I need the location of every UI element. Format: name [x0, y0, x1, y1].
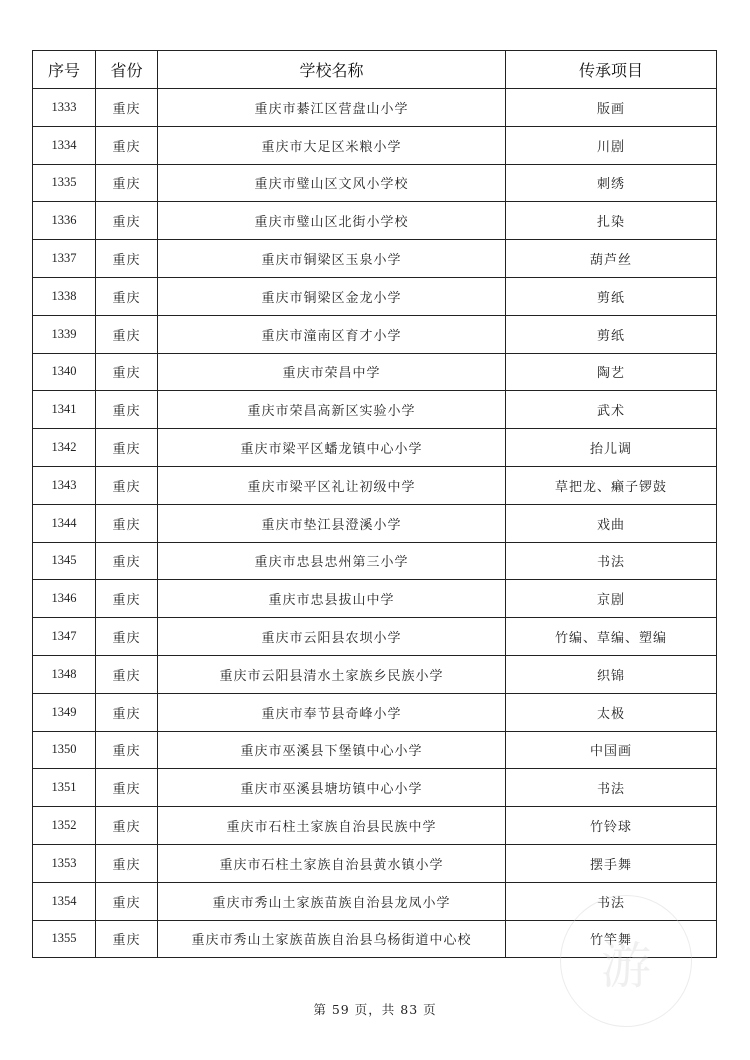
cell-heritage-project: 竹编、草编、塑编 — [506, 618, 717, 656]
cell-school-name: 重庆市荣昌高新区实验小学 — [158, 391, 506, 429]
cell-province: 重庆 — [96, 542, 158, 580]
table-row: 1343重庆重庆市梁平区礼让初级中学草把龙、癞子锣鼓 — [33, 466, 717, 504]
cell-school-name: 重庆市石柱土家族自治县民族中学 — [158, 807, 506, 845]
table-row: 1341重庆重庆市荣昌高新区实验小学武术 — [33, 391, 717, 429]
cell-province: 重庆 — [96, 391, 158, 429]
cell-heritage-project: 陶艺 — [506, 353, 717, 391]
cell-number: 1355 — [33, 920, 96, 958]
cell-province: 重庆 — [96, 882, 158, 920]
cell-heritage-project: 扎染 — [506, 202, 717, 240]
cell-number: 1341 — [33, 391, 96, 429]
table-row: 1348重庆重庆市云阳县清水土家族乡民族小学织锦 — [33, 655, 717, 693]
table-body: 1333重庆重庆市綦江区营盘山小学版画1334重庆重庆市大足区米粮小学川剧133… — [33, 89, 717, 958]
cell-heritage-project: 书法 — [506, 769, 717, 807]
table-row: 1355重庆重庆市秀山土家族苗族自治县乌杨街道中心校竹竿舞 — [33, 920, 717, 958]
cell-heritage-project: 剪纸 — [506, 315, 717, 353]
cell-number: 1348 — [33, 655, 96, 693]
cell-school-name: 重庆市巫溪县塘坊镇中心小学 — [158, 769, 506, 807]
cell-province: 重庆 — [96, 504, 158, 542]
cell-heritage-project: 织锦 — [506, 655, 717, 693]
cell-heritage-project: 川剧 — [506, 126, 717, 164]
table-row: 1344重庆重庆市垫江县澄溪小学戏曲 — [33, 504, 717, 542]
cell-school-name: 重庆市梁平区蟠龙镇中心小学 — [158, 429, 506, 467]
cell-number: 1351 — [33, 769, 96, 807]
cell-number: 1354 — [33, 882, 96, 920]
cell-province: 重庆 — [96, 240, 158, 278]
cell-school-name: 重庆市铜梁区玉泉小学 — [158, 240, 506, 278]
cell-school-name: 重庆市秀山土家族苗族自治县龙凤小学 — [158, 882, 506, 920]
cell-province: 重庆 — [96, 693, 158, 731]
table-row: 1345重庆重庆市忠县忠州第三小学书法 — [33, 542, 717, 580]
table-row: 1351重庆重庆市巫溪县塘坊镇中心小学书法 — [33, 769, 717, 807]
table-row: 1334重庆重庆市大足区米粮小学川剧 — [33, 126, 717, 164]
cell-heritage-project: 草把龙、癞子锣鼓 — [506, 466, 717, 504]
cell-province: 重庆 — [96, 126, 158, 164]
table-row: 1349重庆重庆市奉节县奇峰小学太极 — [33, 693, 717, 731]
cell-school-name: 重庆市云阳县清水土家族乡民族小学 — [158, 655, 506, 693]
cell-heritage-project: 书法 — [506, 542, 717, 580]
cell-heritage-project: 刺绣 — [506, 164, 717, 202]
cell-province: 重庆 — [96, 315, 158, 353]
cell-number: 1336 — [33, 202, 96, 240]
cell-number: 1345 — [33, 542, 96, 580]
cell-number: 1349 — [33, 693, 96, 731]
cell-school-name: 重庆市忠县拔山中学 — [158, 580, 506, 618]
cell-number: 1337 — [33, 240, 96, 278]
table-row: 1336重庆重庆市璧山区北街小学校扎染 — [33, 202, 717, 240]
table-row: 1353重庆重庆市石柱土家族自治县黄水镇小学摆手舞 — [33, 844, 717, 882]
footer-suffix: 页 — [423, 1002, 437, 1017]
cell-school-name: 重庆市荣昌中学 — [158, 353, 506, 391]
table-row: 1350重庆重庆市巫溪县下堡镇中心小学中国画 — [33, 731, 717, 769]
table-row: 1342重庆重庆市梁平区蟠龙镇中心小学抬儿调 — [33, 429, 717, 467]
cell-province: 重庆 — [96, 844, 158, 882]
cell-province: 重庆 — [96, 580, 158, 618]
cell-province: 重庆 — [96, 466, 158, 504]
header-row: 序号 省份 学校名称 传承项目 — [33, 51, 717, 89]
table-row: 1346重庆重庆市忠县拔山中学京剧 — [33, 580, 717, 618]
cell-province: 重庆 — [96, 807, 158, 845]
cell-heritage-project: 武术 — [506, 391, 717, 429]
current-page-number: 59 — [332, 1002, 350, 1017]
schools-table: 序号 省份 学校名称 传承项目 1333重庆重庆市綦江区营盘山小学版画1334重… — [32, 50, 717, 958]
cell-school-name: 重庆市綦江区营盘山小学 — [158, 89, 506, 127]
cell-heritage-project: 摆手舞 — [506, 844, 717, 882]
cell-number: 1347 — [33, 618, 96, 656]
cell-heritage-project: 中国画 — [506, 731, 717, 769]
cell-school-name: 重庆市忠县忠州第三小学 — [158, 542, 506, 580]
page-footer: 第59页，共83页 — [0, 1000, 750, 1018]
table-row: 1337重庆重庆市铜梁区玉泉小学葫芦丝 — [33, 240, 717, 278]
cell-number: 1350 — [33, 731, 96, 769]
cell-school-name: 重庆市铜梁区金龙小学 — [158, 277, 506, 315]
cell-heritage-project: 葫芦丝 — [506, 240, 717, 278]
document-page: 序号 省份 学校名称 传承项目 1333重庆重庆市綦江区营盘山小学版画1334重… — [0, 0, 750, 1060]
header-school-name: 学校名称 — [158, 51, 506, 89]
table-row: 1335重庆重庆市璧山区文风小学校刺绣 — [33, 164, 717, 202]
header-number: 序号 — [33, 51, 96, 89]
table-row: 1333重庆重庆市綦江区营盘山小学版画 — [33, 89, 717, 127]
table-row: 1339重庆重庆市潼南区育才小学剪纸 — [33, 315, 717, 353]
cell-heritage-project: 版画 — [506, 89, 717, 127]
cell-number: 1333 — [33, 89, 96, 127]
table-header: 序号 省份 学校名称 传承项目 — [33, 51, 717, 89]
cell-heritage-project: 抬儿调 — [506, 429, 717, 467]
cell-number: 1338 — [33, 277, 96, 315]
cell-number: 1346 — [33, 580, 96, 618]
cell-school-name: 重庆市潼南区育才小学 — [158, 315, 506, 353]
cell-school-name: 重庆市垫江县澄溪小学 — [158, 504, 506, 542]
cell-province: 重庆 — [96, 655, 158, 693]
cell-school-name: 重庆市巫溪县下堡镇中心小学 — [158, 731, 506, 769]
cell-school-name: 重庆市石柱土家族自治县黄水镇小学 — [158, 844, 506, 882]
cell-province: 重庆 — [96, 89, 158, 127]
cell-number: 1342 — [33, 429, 96, 467]
total-pages-number: 83 — [400, 1002, 418, 1017]
header-province: 省份 — [96, 51, 158, 89]
footer-middle: 页，共 — [355, 1002, 396, 1017]
cell-school-name: 重庆市奉节县奇峰小学 — [158, 693, 506, 731]
cell-heritage-project: 竹竿舞 — [506, 920, 717, 958]
header-heritage-project: 传承项目 — [506, 51, 717, 89]
cell-province: 重庆 — [96, 429, 158, 467]
cell-number: 1340 — [33, 353, 96, 391]
cell-province: 重庆 — [96, 202, 158, 240]
cell-province: 重庆 — [96, 731, 158, 769]
cell-heritage-project: 书法 — [506, 882, 717, 920]
table-row: 1352重庆重庆市石柱土家族自治县民族中学竹铃球 — [33, 807, 717, 845]
cell-school-name: 重庆市云阳县农坝小学 — [158, 618, 506, 656]
table-row: 1354重庆重庆市秀山土家族苗族自治县龙凤小学书法 — [33, 882, 717, 920]
cell-province: 重庆 — [96, 618, 158, 656]
cell-province: 重庆 — [96, 164, 158, 202]
footer-prefix: 第 — [313, 1002, 327, 1017]
cell-heritage-project: 京剧 — [506, 580, 717, 618]
cell-province: 重庆 — [96, 920, 158, 958]
table-row: 1347重庆重庆市云阳县农坝小学竹编、草编、塑编 — [33, 618, 717, 656]
cell-number: 1352 — [33, 807, 96, 845]
cell-number: 1343 — [33, 466, 96, 504]
cell-province: 重庆 — [96, 353, 158, 391]
cell-province: 重庆 — [96, 769, 158, 807]
cell-school-name: 重庆市璧山区文风小学校 — [158, 164, 506, 202]
cell-number: 1344 — [33, 504, 96, 542]
cell-heritage-project: 戏曲 — [506, 504, 717, 542]
cell-heritage-project: 太极 — [506, 693, 717, 731]
cell-school-name: 重庆市梁平区礼让初级中学 — [158, 466, 506, 504]
cell-number: 1339 — [33, 315, 96, 353]
cell-number: 1353 — [33, 844, 96, 882]
cell-school-name: 重庆市璧山区北街小学校 — [158, 202, 506, 240]
cell-school-name: 重庆市大足区米粮小学 — [158, 126, 506, 164]
cell-heritage-project: 剪纸 — [506, 277, 717, 315]
cell-school-name: 重庆市秀山土家族苗族自治县乌杨街道中心校 — [158, 920, 506, 958]
cell-province: 重庆 — [96, 277, 158, 315]
table-row: 1340重庆重庆市荣昌中学陶艺 — [33, 353, 717, 391]
table-row: 1338重庆重庆市铜梁区金龙小学剪纸 — [33, 277, 717, 315]
cell-number: 1334 — [33, 126, 96, 164]
cell-heritage-project: 竹铃球 — [506, 807, 717, 845]
cell-number: 1335 — [33, 164, 96, 202]
